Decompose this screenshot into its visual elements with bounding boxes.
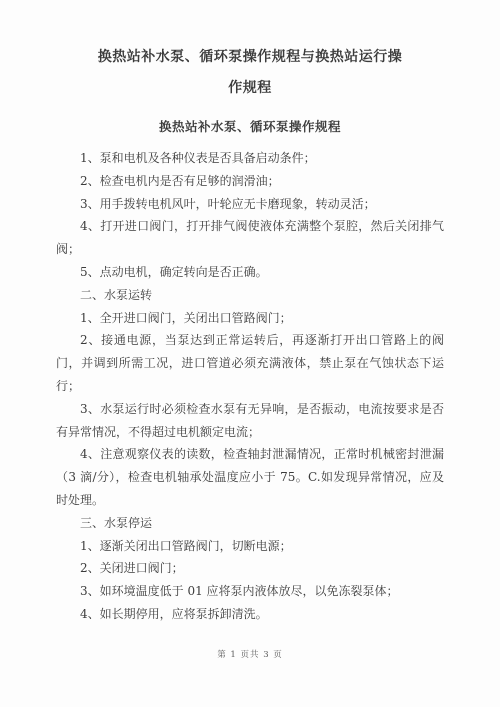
document-page: 换热站补水泵、循环泵操作规程与换热站运行操 作规程 换热站补水泵、循环泵操作规程… bbox=[0, 0, 500, 707]
text-line: 1、泵和电机及各种仪表是否具备启动条件； bbox=[56, 147, 444, 170]
text-line: 2、检查电机内是否有足够的润滑油； bbox=[56, 170, 444, 193]
document-body: 1、泵和电机及各种仪表是否具备启动条件；2、检查电机内是否有足够的润滑油；3、用… bbox=[56, 147, 444, 626]
document-title-line-2: 作规程 bbox=[0, 73, 500, 104]
text-line: 三、水泵停运 bbox=[56, 512, 444, 535]
text-line: 时处理。 bbox=[56, 489, 444, 512]
document-title-line-1: 换热站补水泵、循环泵操作规程与换热站运行操 bbox=[0, 42, 500, 73]
section-heading: 换热站补水泵、循环泵操作规程 bbox=[0, 116, 500, 138]
text-line: 2、关闭进口阀门； bbox=[56, 557, 444, 580]
text-line: 4、注意观察仪表的读数，检查轴封泄漏情况，正常时机械密封泄漏 bbox=[56, 443, 444, 466]
text-line: 有异常情况，不得超过电机额定电流； bbox=[56, 421, 444, 444]
text-line: 1、逐渐关闭出口管路阀门，切断电源； bbox=[56, 535, 444, 558]
document-title: 换热站补水泵、循环泵操作规程与换热站运行操 作规程 bbox=[0, 0, 500, 104]
text-line: 3、用手拨转电机风叶，叶轮应无卡磨现象，转动灵活； bbox=[56, 193, 444, 216]
text-line: 3、如环境温度低于 01 应将泵内液体放尽，以免冻裂泵体； bbox=[56, 580, 444, 603]
text-line: （3 滴/分），检查电机轴承处温度应小于 75。C.如发现异常情况，应及 bbox=[56, 466, 444, 489]
text-line: 5、点动电机，确定转向是否正确。 bbox=[56, 261, 444, 284]
text-line: 4、打开进口阀门，打开排气阀使液体充满整个泵腔，然后关闭排气 bbox=[56, 215, 444, 238]
text-line: 阀； bbox=[56, 238, 444, 261]
text-line: 1、全开进口阀门，关闭出口管路阀门； bbox=[56, 307, 444, 330]
text-line: 二、水泵运转 bbox=[56, 284, 444, 307]
page-number: 第 1 页共 3 页 bbox=[0, 648, 500, 660]
text-line: 2、接通电源，当泵达到正常运转后，再逐渐打开出口管路上的阀 bbox=[56, 329, 444, 352]
text-line: 行； bbox=[56, 375, 444, 398]
text-line: 门，并调到所需工况，进口管道必须充满液体，禁止泵在气蚀状态下运 bbox=[56, 352, 444, 375]
text-line: 4、如长期停用，应将泵拆卸清洗。 bbox=[56, 603, 444, 626]
text-line: 3、水泵运行时必须检查水泵有无异响，是否振动，电流按要求是否 bbox=[56, 398, 444, 421]
